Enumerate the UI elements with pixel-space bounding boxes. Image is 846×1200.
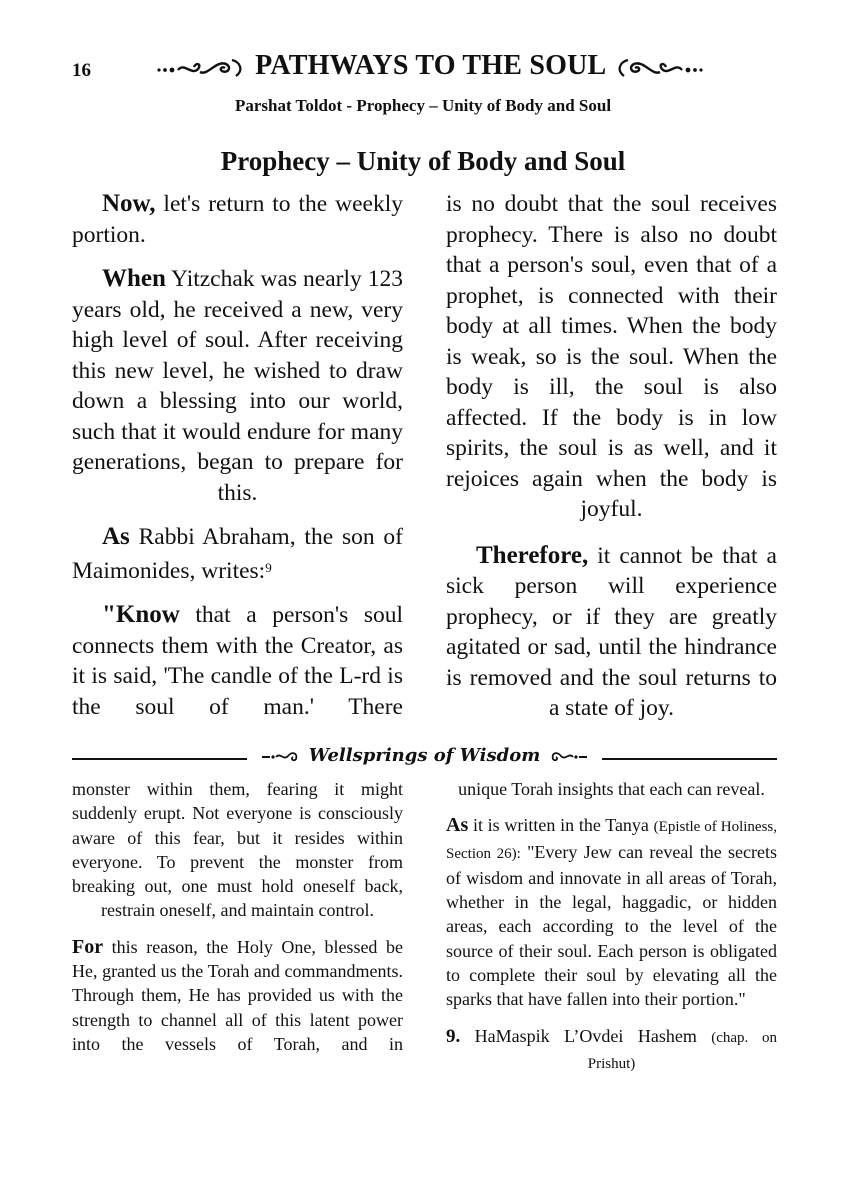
paragraph-text: unique Torah insights that each can reve… <box>458 779 765 799</box>
paragraph: unique Torah insights that each can reve… <box>446 777 777 801</box>
footnote-number: 9. <box>446 1026 460 1047</box>
paragraph-text: Yitzchak was nearly 123 years old, he re… <box>72 266 403 506</box>
article-left-column: Now, let's return to the weekly portion.… <box>72 189 403 722</box>
lead-word: Therefore, <box>476 542 588 569</box>
paragraph-text: it is written in the Tanya <box>468 815 653 835</box>
paragraph-text: this reason, the Holy One, blessed be He… <box>72 937 403 1054</box>
running-title: PATHWAYS TO THE SOUL <box>130 50 730 82</box>
paragraph-text: it cannot be that a sick person will exp… <box>446 543 777 722</box>
page-number: 16 <box>72 60 91 82</box>
paragraph: As it is written in the Tanya (Epistle o… <box>446 813 777 1011</box>
divider-label: Wellsprings of Wisdom <box>242 745 607 766</box>
footnote: 9. HaMaspik L’Ovdei Hashem (chap. on Pri… <box>446 1024 777 1077</box>
wellsprings-left-column: monster within them, fearing it might su… <box>72 777 403 1056</box>
paragraph: For this reason, the Holy One, blessed b… <box>72 935 403 1056</box>
lead-word: When <box>102 265 166 292</box>
flourish-right-icon <box>547 749 587 763</box>
paragraph: When Yitzchak was nearly 123 years old, … <box>72 264 403 508</box>
flourish-right-icon <box>612 56 704 80</box>
paragraph-text: monster within them, fearing it might su… <box>72 779 403 920</box>
paragraph: As Rabbi Abraham, the son of Maimonides,… <box>72 522 403 586</box>
running-title-text: PATHWAYS TO THE SOUL <box>255 50 605 81</box>
paragraph: monster within them, fearing it might su… <box>72 777 403 923</box>
paragraph-text: "Every Jew can reveal the secrets of wis… <box>446 842 777 1010</box>
lead-word: For <box>72 936 103 958</box>
chapter-subtitle: Parshat Toldot - Prophecy – Unity of Bod… <box>0 96 846 116</box>
flourish-left-icon <box>262 749 302 763</box>
article-title: Prophecy – Unity of Body and Soul <box>0 146 846 177</box>
lead-word: "Know <box>102 601 180 628</box>
article-right-column: is no doubt that the soul receives proph… <box>446 189 777 724</box>
divider-rule-right <box>602 758 777 760</box>
paragraph: Therefore, it cannot be that a sick pers… <box>446 541 777 724</box>
footnote-text: HaMaspik L’Ovdei Hashem <box>460 1026 711 1046</box>
paragraph: Now, let's return to the weekly portion. <box>72 189 403 250</box>
footnote-reference: 9 <box>265 560 272 575</box>
section-divider: Wellsprings of Wisdom <box>72 748 777 770</box>
book-page: 16 PATHWAYS TO THE SOUL Parshat Toldot -… <box>0 0 846 1200</box>
divider-rule-left <box>72 758 247 760</box>
lead-word: As <box>446 814 468 836</box>
paragraph: "Know that a person's soul connects them… <box>72 600 403 722</box>
divider-label-text: Wellsprings of Wisdom <box>309 745 541 766</box>
lead-word: Now, <box>102 190 155 217</box>
wellsprings-right-column: unique Torah insights that each can reve… <box>446 777 777 1076</box>
paragraph: is no doubt that the soul receives proph… <box>446 189 777 525</box>
flourish-left-icon <box>156 56 248 80</box>
paragraph-text: is no doubt that the soul receives proph… <box>446 191 777 522</box>
lead-word: As <box>102 523 130 550</box>
